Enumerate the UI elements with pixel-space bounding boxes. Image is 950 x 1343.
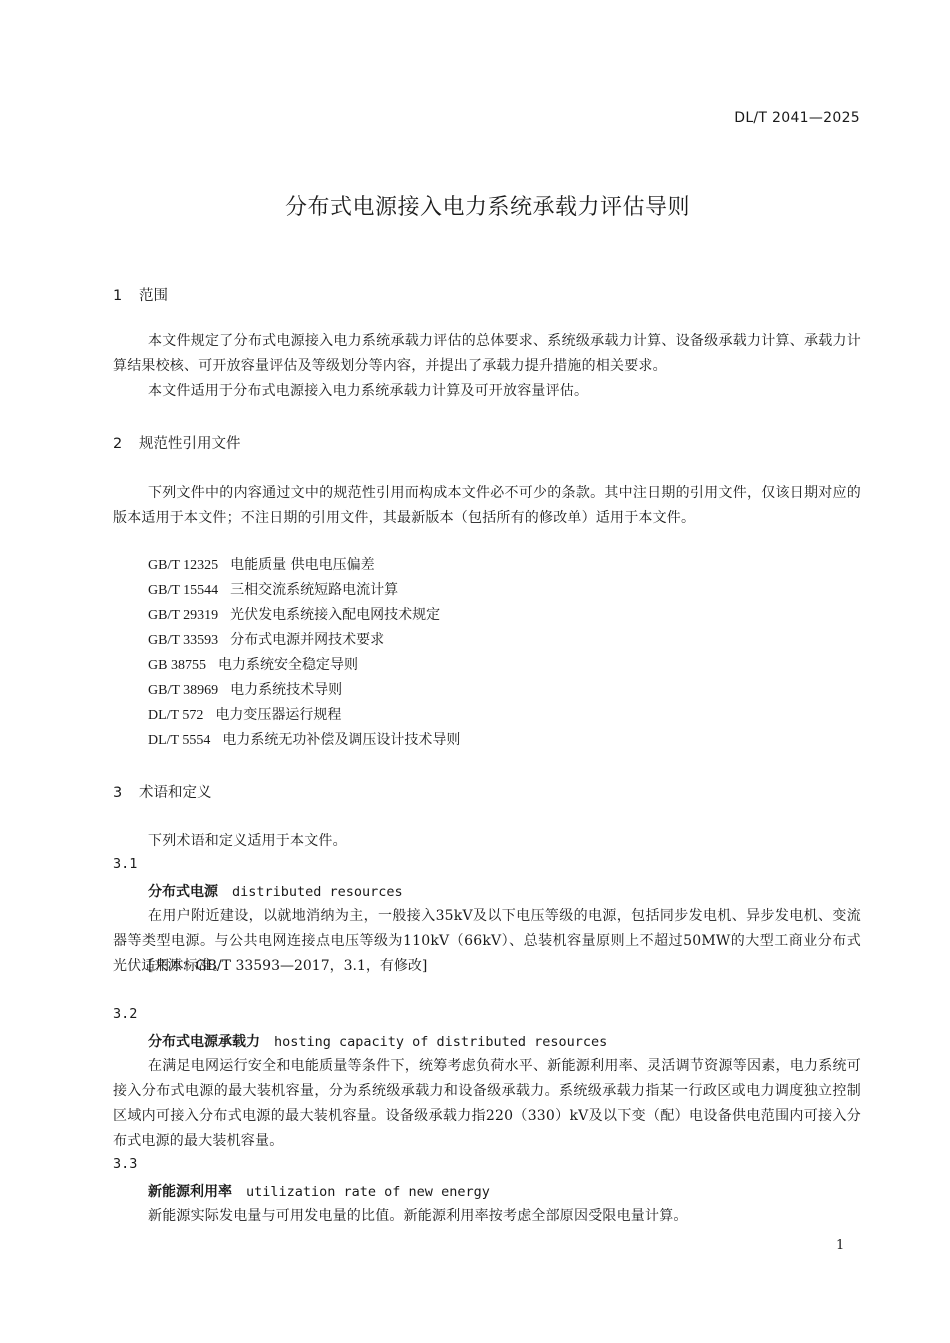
paragraph: 本文件规定了分布式电源接入电力系统承载力评估的总体要求、系统级承载力计算、设备级… [113,329,861,379]
reference-code: GB/T 15544 [148,583,218,598]
paragraph: 下列文件中的内容通过文中的规范性引用而构成本文件必不可少的条款。其中注日期的引用… [113,481,861,531]
section-title: 术语和定义 [139,785,212,801]
reference-code: GB/T 38969 [148,683,218,698]
reference-title: 光伏发电系统接入配电网技术规定 [230,607,440,623]
section-title: 规范性引用文件 [139,436,241,452]
term-source: [来源：GB/T 33593—2017，3.1，有修改] [148,955,427,975]
reference-code: GB/T 12325 [148,558,218,573]
reference-item: GB/T 29319光伏发电系统接入配电网技术规定 [148,603,460,628]
term-definition: 新能源实际发电量与可用发电量的比值。新能源利用率按考虑全部原因受限电量计算。 [113,1204,861,1229]
term-chinese: 分布式电源承载力 [148,1034,260,1050]
term-english: utilization rate of new energy [246,1184,490,1200]
term-definition: 在满足电网运行安全和电能质量等条件下，统筹考虑负荷水平、新能源利用率、灵活调节资… [113,1054,861,1154]
clause-number: 3.1 [113,856,137,872]
reference-code: GB 38755 [148,658,206,673]
reference-code: GB/T 29319 [148,608,218,623]
document-title: 分布式电源接入电力系统承载力评估导则 [0,190,950,221]
term-entry: 分布式电源承载力hosting capacity of distributed … [148,1031,607,1051]
term-chinese: 分布式电源 [148,884,218,900]
section-title: 范围 [139,288,168,304]
section-number: 3 [113,785,139,801]
clause-number: 3.3 [113,1156,137,1172]
reference-title: 三相交流系统短路电流计算 [230,582,398,598]
reference-title: 分布式电源并网技术要求 [230,632,384,648]
paragraph: 下列术语和定义适用于本文件。 [113,829,861,854]
clause-number: 3.2 [113,1006,137,1022]
reference-code: DL/T 5554 [148,733,210,748]
paragraph: 本文件适用于分布式电源接入电力系统承载力计算及可开放容量评估。 [113,379,861,404]
reference-item: DL/T 5554电力系统无功补偿及调压设计技术导则 [148,728,460,753]
reference-item: GB/T 38969电力系统技术导则 [148,678,460,703]
reference-code: DL/T 572 [148,708,203,723]
reference-item: GB/T 15544三相交流系统短路电流计算 [148,578,460,603]
section-heading-scope: 1范围 [113,284,168,305]
section-number: 2 [113,436,139,452]
term-entry: 新能源利用率utilization rate of new energy [148,1181,490,1201]
reference-item: GB/T 12325电能质量 供电电压偏差 [148,553,460,578]
reference-item: DL/T 572电力变压器运行规程 [148,703,460,728]
term-entry: 分布式电源distributed resources [148,881,403,901]
term-english: hosting capacity of distributed resource… [274,1034,607,1050]
term-english: distributed resources [232,884,403,900]
reference-title: 电力系统安全稳定导则 [218,657,358,673]
reference-title: 电力系统无功补偿及调压设计技术导则 [222,732,460,748]
reference-title: 电力变压器运行规程 [215,707,341,723]
reference-item: GB/T 33593分布式电源并网技术要求 [148,628,460,653]
reference-code: GB/T 33593 [148,633,218,648]
reference-title: 电能质量 供电电压偏差 [230,557,374,573]
reference-item: GB 38755电力系统安全稳定导则 [148,653,460,678]
reference-list: GB/T 12325电能质量 供电电压偏差 GB/T 15544三相交流系统短路… [148,553,460,753]
reference-title: 电力系统技术导则 [230,682,342,698]
term-chinese: 新能源利用率 [148,1184,232,1200]
section-heading-normative-references: 2规范性引用文件 [113,432,241,453]
section-number: 1 [113,288,139,304]
section-heading-terms-definitions: 3术语和定义 [113,781,212,802]
page-number: 1 [836,1238,844,1253]
standard-code: DL/T 2041—2025 [734,110,860,126]
